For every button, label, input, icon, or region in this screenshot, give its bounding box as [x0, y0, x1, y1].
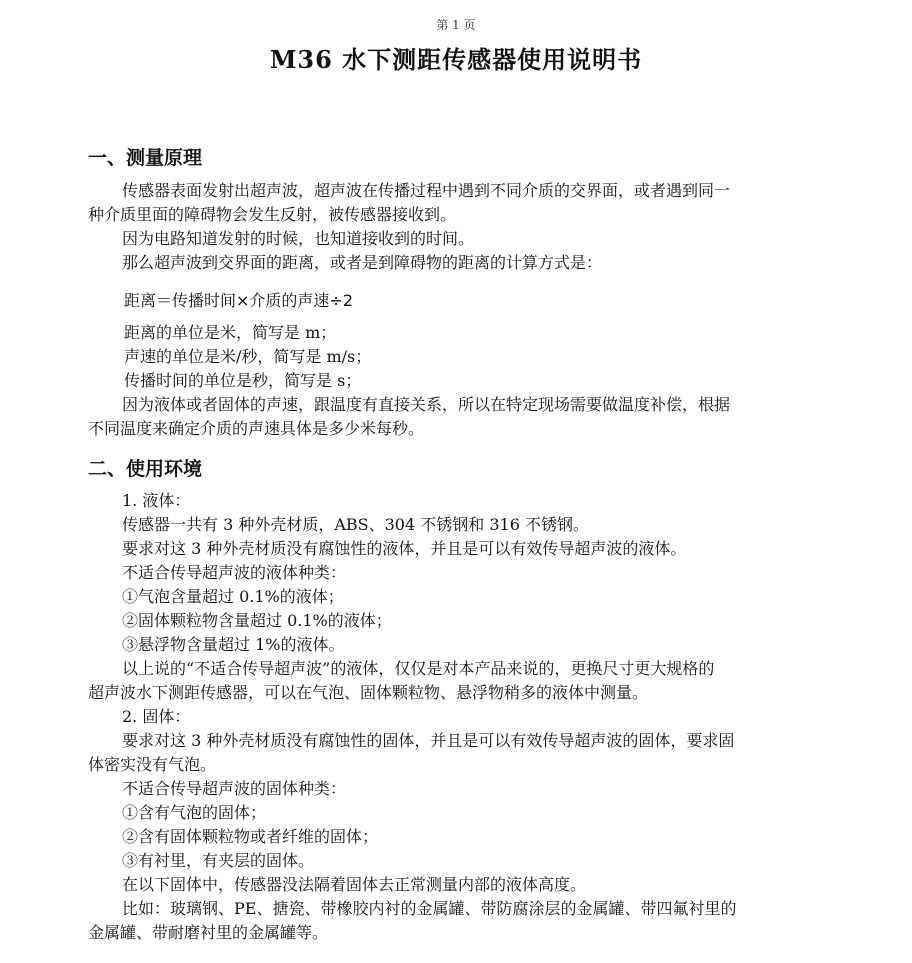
paragraph-line: 要求对这 3 种外壳材质没有腐蚀性的固体，并且是可以有效传导超声波的固体，要求固	[122, 730, 734, 752]
paragraph-line: 比如：玻璃钢、PE、搪瓷、带橡胶内衬的金属罐、带防腐涂层的金属罐、带四氟衬里的	[122, 898, 736, 920]
paragraph-line: 不同温度来确定介质的声速具体是多少米每秒。	[88, 418, 424, 440]
section-heading-environment: 二、使用环境	[88, 454, 202, 481]
list-item: ②含有固体颗粒物或者纤维的固体；	[122, 826, 378, 848]
list-item: ①气泡含量超过 0.1%的液体；	[122, 586, 344, 608]
paragraph-line: 在以下固体中，传感器没法隔着固体去正常测量内部的液体高度。	[122, 874, 586, 896]
subheading-solid: 2. 固体：	[122, 706, 190, 728]
document-title: M36 水下测距传感器使用说明书	[0, 40, 912, 75]
paragraph-line: 金属罐、带耐磨衬里的金属罐等。	[88, 922, 328, 944]
paragraph-line: 超声波水下测距传感器，可以在气泡、固体颗粒物、悬浮物稍多的液体中测量。	[88, 682, 648, 704]
paragraph-line: 传感器表面发射出超声波，超声波在传播过程中遇到不同介质的交界面，或者遇到同一	[122, 180, 730, 202]
page-number: 第 1 页	[0, 16, 912, 33]
unit-line: 距离的单位是米，简写是 m；	[124, 322, 336, 344]
subheading-liquid: 1. 液体：	[122, 490, 190, 512]
paragraph-line: 因为电路知道发射的时候，也知道接收到的时间。	[122, 228, 474, 250]
list-item: ③悬浮物含量超过 1%的液体。	[122, 634, 344, 656]
list-item: ③有衬里，有夹层的固体。	[122, 850, 314, 872]
paragraph-line: 种介质里面的障碍物会发生反射，被传感器接收到。	[88, 204, 456, 226]
paragraph-line: 因为液体或者固体的声速，跟温度有直接关系，所以在特定现场需要做温度补偿，根据	[122, 394, 730, 416]
paragraph-line: 体密实没有气泡。	[88, 754, 216, 776]
paragraph-line: 不适合传导超声波的液体种类：	[122, 562, 346, 584]
paragraph-line: 要求对这 3 种外壳材质没有腐蚀性的液体，并且是可以有效传导超声波的液体。	[122, 538, 686, 560]
section-heading-principle: 一、测量原理	[88, 143, 202, 170]
paragraph-line: 那么超声波到交界面的距离，或者是到障碍物的距离的计算方式是：	[122, 252, 602, 274]
distance-formula: 距离＝传播时间×介质的声速÷2	[124, 288, 353, 311]
unit-line: 声速的单位是米/秒，简写是 m/s；	[124, 346, 371, 368]
list-item: ①含有气泡的固体；	[122, 802, 266, 824]
paragraph-line: 不适合传导超声波的固体种类：	[122, 778, 346, 800]
paragraph-line: 传感器一共有 3 种外壳材质，ABS、304 不锈钢和 316 不锈钢。	[122, 514, 589, 536]
list-item: ②固体颗粒物含量超过 0.1%的液体；	[122, 610, 392, 632]
paragraph-line: 以上说的“不适合传导超声波”的液体，仅仅是对本产品来说的，更换尺寸更大规格的	[122, 658, 714, 680]
unit-line: 传播时间的单位是秒，简写是 s；	[124, 370, 361, 392]
